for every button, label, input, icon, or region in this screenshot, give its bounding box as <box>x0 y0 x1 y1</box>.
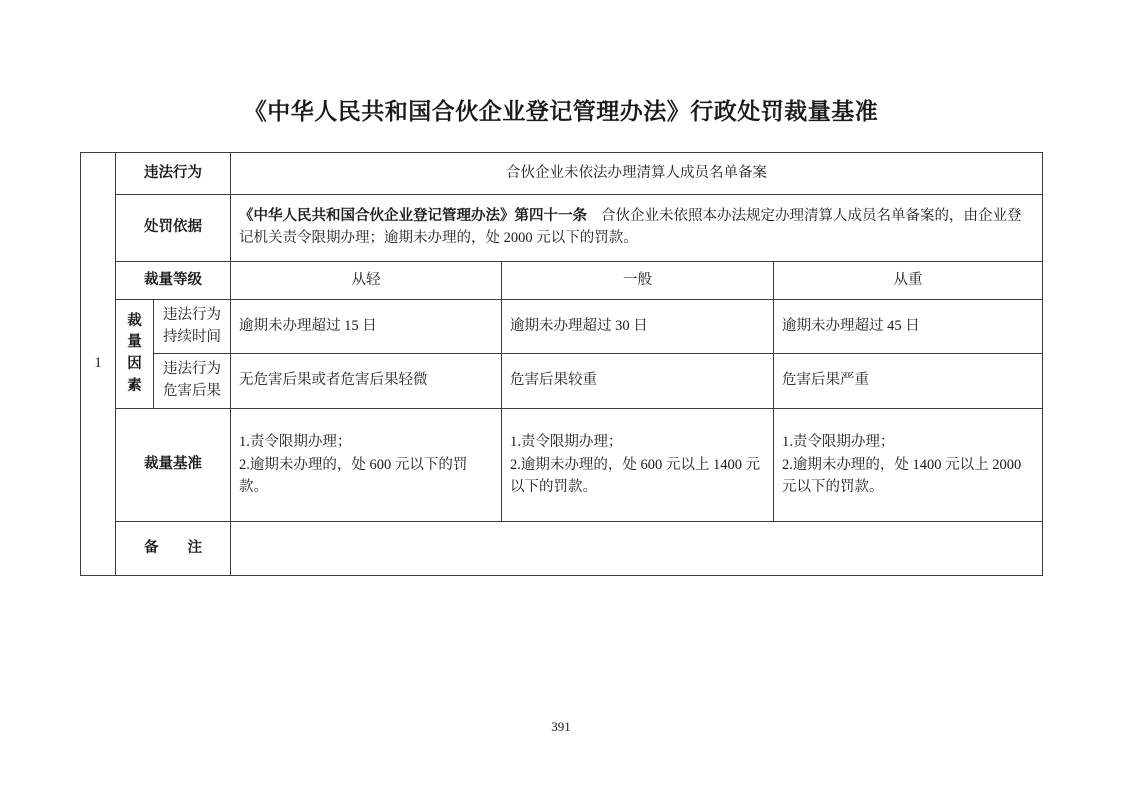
benchmark-light-line-1: 1.责令限期办理； <box>239 431 493 453</box>
factor-consequence-light-cell: 无危害后果或者危害后果轻微 <box>231 354 502 409</box>
violation-content-cell: 合伙企业未依法办理清算人成员名单备案 <box>231 153 1043 195</box>
factor-duration-label-cell: 违法行为 持续时间 <box>154 300 231 354</box>
discretion-level-label-cell: 裁量等级 <box>116 262 231 300</box>
factor-consequence-label-cell: 违法行为 危害后果 <box>154 354 231 409</box>
factor-consequence-general-cell: 危害后果较重 <box>502 354 774 409</box>
penalty-basis-label-cell: 处罚依据 <box>116 195 231 262</box>
factor-duration-light-cell: 逾期未办理超过 15 日 <box>231 300 502 354</box>
document-page: 《中华人民共和国合伙企业登记管理办法》行政处罚裁量基准 1 违法行为 合伙企业未… <box>0 0 1122 793</box>
benchmark-heavy-cell: 1.责令限期办理； 2.逾期未办理的，处 1400 元以上 2000 元以下的罚… <box>774 409 1043 522</box>
document-title: 《中华人民共和国合伙企业登记管理办法》行政处罚裁量基准 <box>0 93 1122 126</box>
benchmark-general-cell: 1.责令限期办理； 2.逾期未办理的，处 600 元以上 1400 元以下的罚款… <box>502 409 774 522</box>
level-general-cell: 一般 <box>502 262 774 300</box>
factor-duration-general-cell: 逾期未办理超过 30 日 <box>502 300 774 354</box>
benchmark-heavy-line-1: 1.责令限期办理； <box>782 431 1034 453</box>
penalty-discretion-table: 1 违法行为 合伙企业未依法办理清算人成员名单备案 处罚依据 《中华人民共和国合… <box>80 152 1043 576</box>
factor-consequence-heavy-cell: 危害后果严重 <box>774 354 1043 409</box>
penalty-basis-content-cell: 《中华人民共和国合伙企业登记管理办法》第四十一条合伙企业未依照本办法规定办理清算… <box>231 195 1043 262</box>
row-index-cell: 1 <box>81 153 116 576</box>
penalty-basis-row: 处罚依据 《中华人民共和国合伙企业登记管理办法》第四十一条合伙企业未依照本办法规… <box>81 195 1043 262</box>
factors-label-cell: 裁 量 因 素 <box>116 300 154 409</box>
level-heavy-cell: 从重 <box>774 262 1043 300</box>
penalty-basis-citation: 《中华人民共和国合伙企业登记管理办法》第四十一条 <box>239 208 587 224</box>
benchmark-label-cell: 裁量基准 <box>116 409 231 522</box>
violation-row: 1 违法行为 合伙企业未依法办理清算人成员名单备案 <box>81 153 1043 195</box>
remarks-label-cell: 备 注 <box>116 522 231 576</box>
benchmark-light-cell: 1.责令限期办理； 2.逾期未办理的，处 600 元以下的罚款。 <box>231 409 502 522</box>
discretion-level-row: 裁量等级 从轻 一般 从重 <box>81 262 1043 300</box>
factor-duration-row: 裁 量 因 素 违法行为 持续时间 逾期未办理超过 15 日 逾期未办理超过 3… <box>81 300 1043 354</box>
benchmark-general-line-1: 1.责令限期办理； <box>510 431 765 453</box>
benchmark-general-line-2: 2.逾期未办理的，处 600 元以上 1400 元以下的罚款。 <box>510 454 765 499</box>
remarks-row: 备 注 <box>81 522 1043 576</box>
remarks-content-cell <box>231 522 1043 576</box>
page-number: 391 <box>0 719 1122 735</box>
factor-duration-heavy-cell: 逾期未办理超过 45 日 <box>774 300 1043 354</box>
benchmark-heavy-line-2: 2.逾期未办理的，处 1400 元以上 2000 元以下的罚款。 <box>782 454 1034 499</box>
benchmark-light-line-2: 2.逾期未办理的，处 600 元以下的罚款。 <box>239 454 493 499</box>
level-light-cell: 从轻 <box>231 262 502 300</box>
violation-label-cell: 违法行为 <box>116 153 231 195</box>
factor-consequence-row: 违法行为 危害后果 无危害后果或者危害后果轻微 危害后果较重 危害后果严重 <box>81 354 1043 409</box>
benchmark-row: 裁量基准 1.责令限期办理； 2.逾期未办理的，处 600 元以下的罚款。 1.… <box>81 409 1043 522</box>
